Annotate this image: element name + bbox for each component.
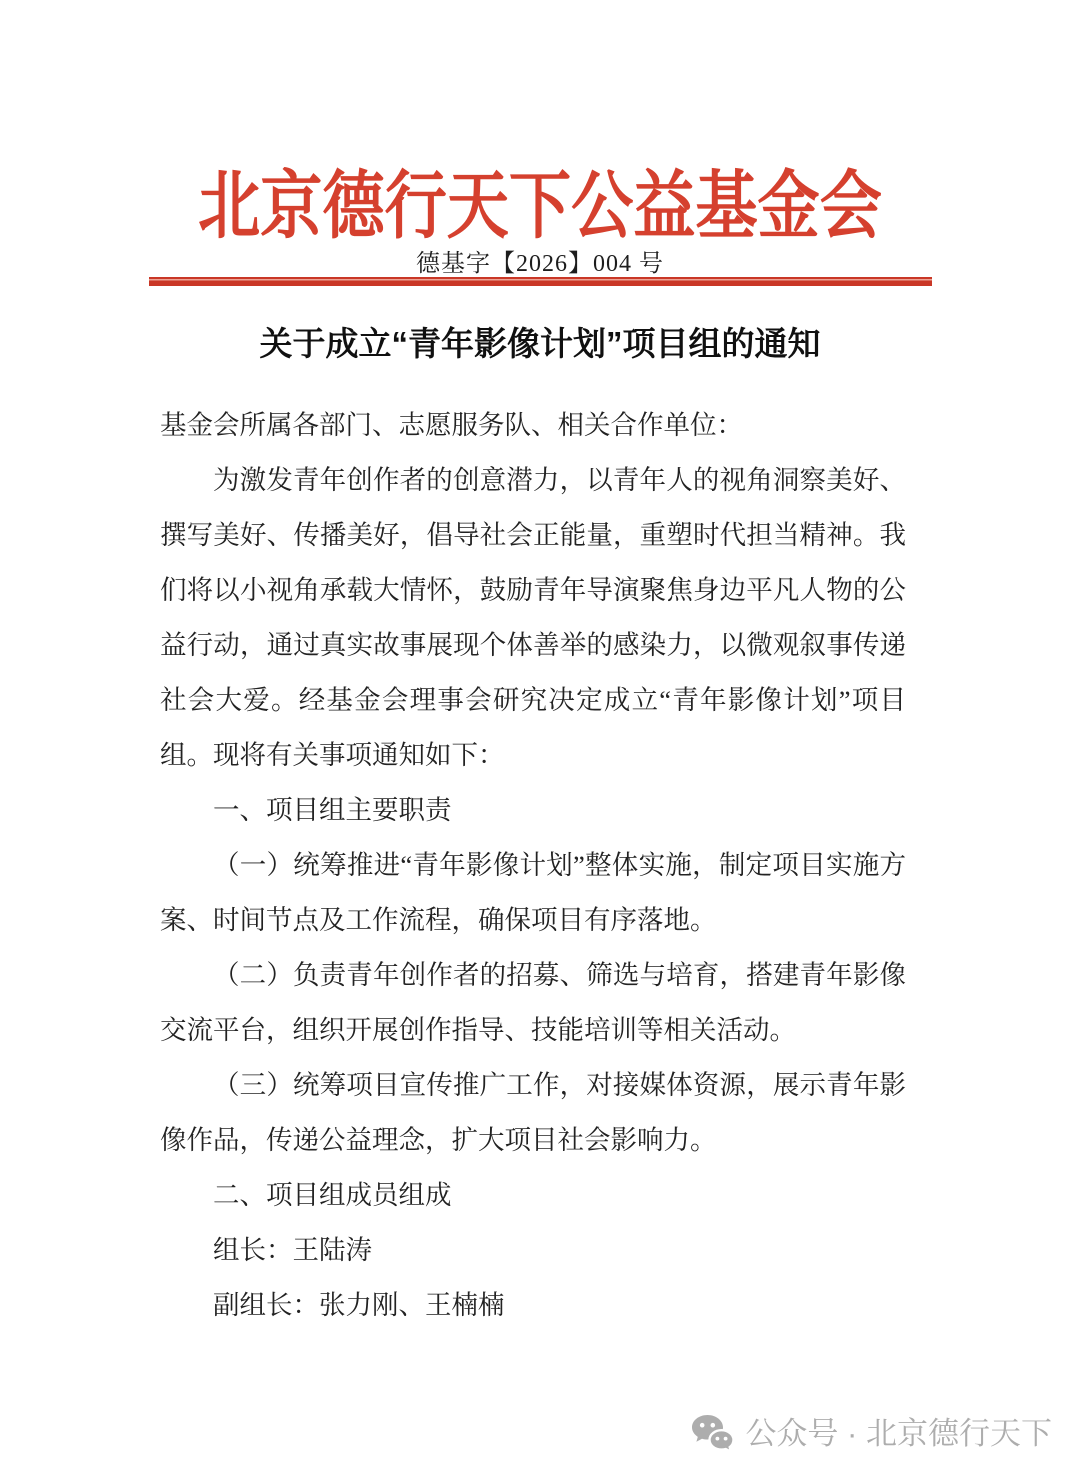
section-1-item-3: （三）统筹项目宣传推广工作，对接媒体资源，展示青年影像作品，传递公益理念，扩大项…	[160, 1058, 906, 1168]
section-1-heading: 一、项目组主要职责	[160, 783, 906, 838]
intro-paragraph: 为激发青年创作者的创意潜力，以青年人的视角洞察美好、撰写美好、传播美好，倡导社会…	[160, 453, 906, 783]
red-divider-line	[149, 277, 932, 286]
scanned-notice-page: 北京德行天下公益基金会 德基字【2026】004 号 关于成立“青年影像计划”项…	[0, 0, 1080, 1481]
section-1-item-2: （二）负责青年创作者的招募、筛选与培育，搭建青年影像交流平台，组织开展创作指导、…	[160, 948, 906, 1058]
group-leader-line: 组长：王陆涛	[160, 1223, 906, 1278]
section-1-item-1: （一）统筹推进“青年影像计划”整体实施，制定项目实施方案、时间节点及工作流程，确…	[160, 838, 906, 948]
section-2-heading: 二、项目组成员组成	[160, 1168, 906, 1223]
salutation-line: 基金会所属各部门、志愿服务队、相关合作单位：	[160, 398, 906, 453]
doc-number: 德基字【2026】004 号	[0, 250, 1080, 278]
notice-body: 基金会所属各部门、志愿服务队、相关合作单位： 为激发青年创作者的创意潜力，以青年…	[160, 398, 906, 1333]
notice-title: 关于成立“青年影像计划”项目组的通知	[0, 325, 1080, 362]
wechat-watermark: 公众号 · 北京德行天下	[690, 1412, 1052, 1456]
deputy-leader-line: 副组长：张力刚、王楠楠	[160, 1278, 906, 1333]
wechat-icon	[690, 1414, 736, 1454]
watermark-text: 公众号 · 北京德行天下	[745, 1412, 1052, 1456]
org-title: 北京德行天下公益基金会	[86, 168, 993, 244]
